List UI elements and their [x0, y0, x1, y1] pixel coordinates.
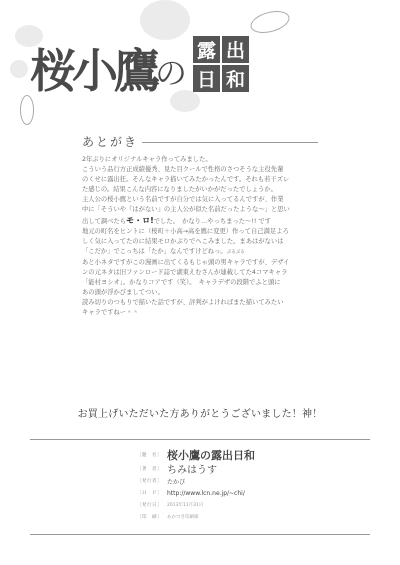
colophon-row-date: ［発行日］ 2013年11月31日 — [137, 499, 337, 511]
colophon: ［題 名］ 桜小鷹の露出日和 ［著 者］ ちみはうす ［発行者］ たかぴ ［Ｈ … — [137, 447, 337, 523]
colophon-value: あかつき印刷様 — [167, 514, 199, 520]
afterword-line: あと小ネタですがこの漫画に出てくるもじゃ頭の男キャラですが、デザイ — [82, 258, 318, 268]
thanks-message: お買上げいただいた方ありがとうございました！神！ — [0, 405, 400, 420]
afterword-line: 読み切りのつもりで描いた話ですが、評判がよければまた描いてみたい — [82, 298, 318, 308]
logo-particle: の — [155, 48, 187, 94]
afterword-line: 出して調べたらモ・ロ!でした。 かなり…やっちまった～!! です — [82, 216, 318, 227]
afterword-line: 2年ぶりにオリジナルキャラ作ってみました。 — [82, 155, 318, 165]
line-text: 出して調べたら — [82, 218, 126, 225]
colophon-value: ちみはうす — [167, 461, 217, 476]
swirl-decoration — [248, 7, 292, 37]
logo-box-char: 露 — [193, 36, 220, 63]
afterword-line: ンの元ネタは旧ファンロード誌で湖東えむさんが連載してた4コマキャラ — [82, 268, 318, 278]
homepage-link[interactable]: http://www.lcn.ne.jp/~chi/ — [167, 490, 245, 497]
colophon-label: ［印 刷］ — [137, 514, 167, 520]
afterword-header: あとがき — [82, 133, 318, 149]
colophon-label: ［Ｈ Ｐ］ — [137, 490, 167, 496]
afterword-line: のくせに露出狂。そんなキャラ描いてみたかったんです。それも若干ズレ — [82, 175, 318, 185]
colophon-top-rule — [30, 439, 370, 440]
afterword-line: 「こだか」でこっちは「たか」なんですけどねっ。ぶるぶる — [82, 247, 318, 258]
logo-box-char: 日 — [193, 65, 220, 92]
title-logo: 桜小鷹 の 露 出 日 和 — [0, 0, 400, 130]
afterword-title: あとがき — [82, 133, 138, 150]
petal-decoration — [140, 0, 190, 40]
afterword-section: あとがき 2年ぶりにオリジナルキャラ作ってみました。 こういう品行方正成績優秀、… — [82, 133, 318, 319]
afterword-line: 地元の町名をヒントに（桜町＋小高→高を鷹に変更）作って自己満足よろ — [82, 227, 318, 237]
logo-box-char: 和 — [222, 65, 249, 92]
colophon-row-title: ［題 名］ 桜小鷹の露出日和 — [137, 447, 337, 462]
colophon-row-homepage: ［Ｈ Ｐ］ http://www.lcn.ne.jp/~chi/ — [137, 487, 337, 499]
colophon-label: ［題 名］ — [137, 452, 167, 458]
line-text: でした。 かなり…やっちまった～!! です — [154, 218, 271, 225]
emphasis-text: モ・ロ! — [126, 216, 154, 225]
colophon-value: たかぴ — [167, 477, 185, 486]
colophon-label: ［著 者］ — [137, 466, 167, 472]
colophon-row-printer: ［印 刷］ あかつき印刷様 — [137, 511, 337, 523]
header-rule — [142, 142, 318, 143]
logo-main-text: 桜小鷹 — [30, 35, 156, 101]
logo-box: 露 出 日 和 — [193, 36, 249, 92]
colophon-row-publisher: ［発行者］ たかぴ — [137, 475, 337, 487]
afterword-body: 2年ぶりにオリジナルキャラ作ってみました。 こういう品行方正成績優秀、見た目クー… — [82, 155, 318, 319]
colophon-label: ［発行日］ — [137, 502, 167, 508]
line-text: 「こだか」でこっちは「たか」なんですけどねっ。 — [82, 248, 227, 255]
small-note: ぶるぶる — [227, 250, 245, 255]
afterword-line: 「能村ヨシオ」。かなりコアです（笑）。 キャラデザの段階でふと頭に — [82, 278, 318, 288]
afterword-line: キャラですねー＾＾ — [82, 308, 318, 318]
afterword-line: た感じの。結果こんな内容になりましたがいかがだったでしょうか。 — [82, 185, 318, 195]
colophon-row-author: ［著 者］ ちみはうす — [137, 462, 337, 475]
afterword-line: 主人公の桜小鷹という名前ですが自分では気に入ってるんですが、作業 — [82, 195, 318, 205]
afterword-line: しく気に入ってたのに結果モロかぶりでへこみました。まあはがないは — [82, 237, 318, 247]
afterword-line: あの頭が浮かびましてつい。 — [82, 288, 318, 298]
colophon-value: 2013年11月31日 — [167, 502, 203, 508]
colophon-label: ［発行者］ — [137, 478, 167, 484]
logo-box-char: 出 — [222, 36, 249, 63]
afterword-line: 中に「そういや『はがない』の主人公が似た名前だったような～」と思い — [82, 205, 318, 215]
petal-decoration — [10, 60, 28, 78]
afterword-line: こういう品行方正成績優秀、見た目クールで性格のさつそうな主役先輩 — [82, 165, 318, 175]
colophon-bottom-rule — [30, 534, 370, 535]
